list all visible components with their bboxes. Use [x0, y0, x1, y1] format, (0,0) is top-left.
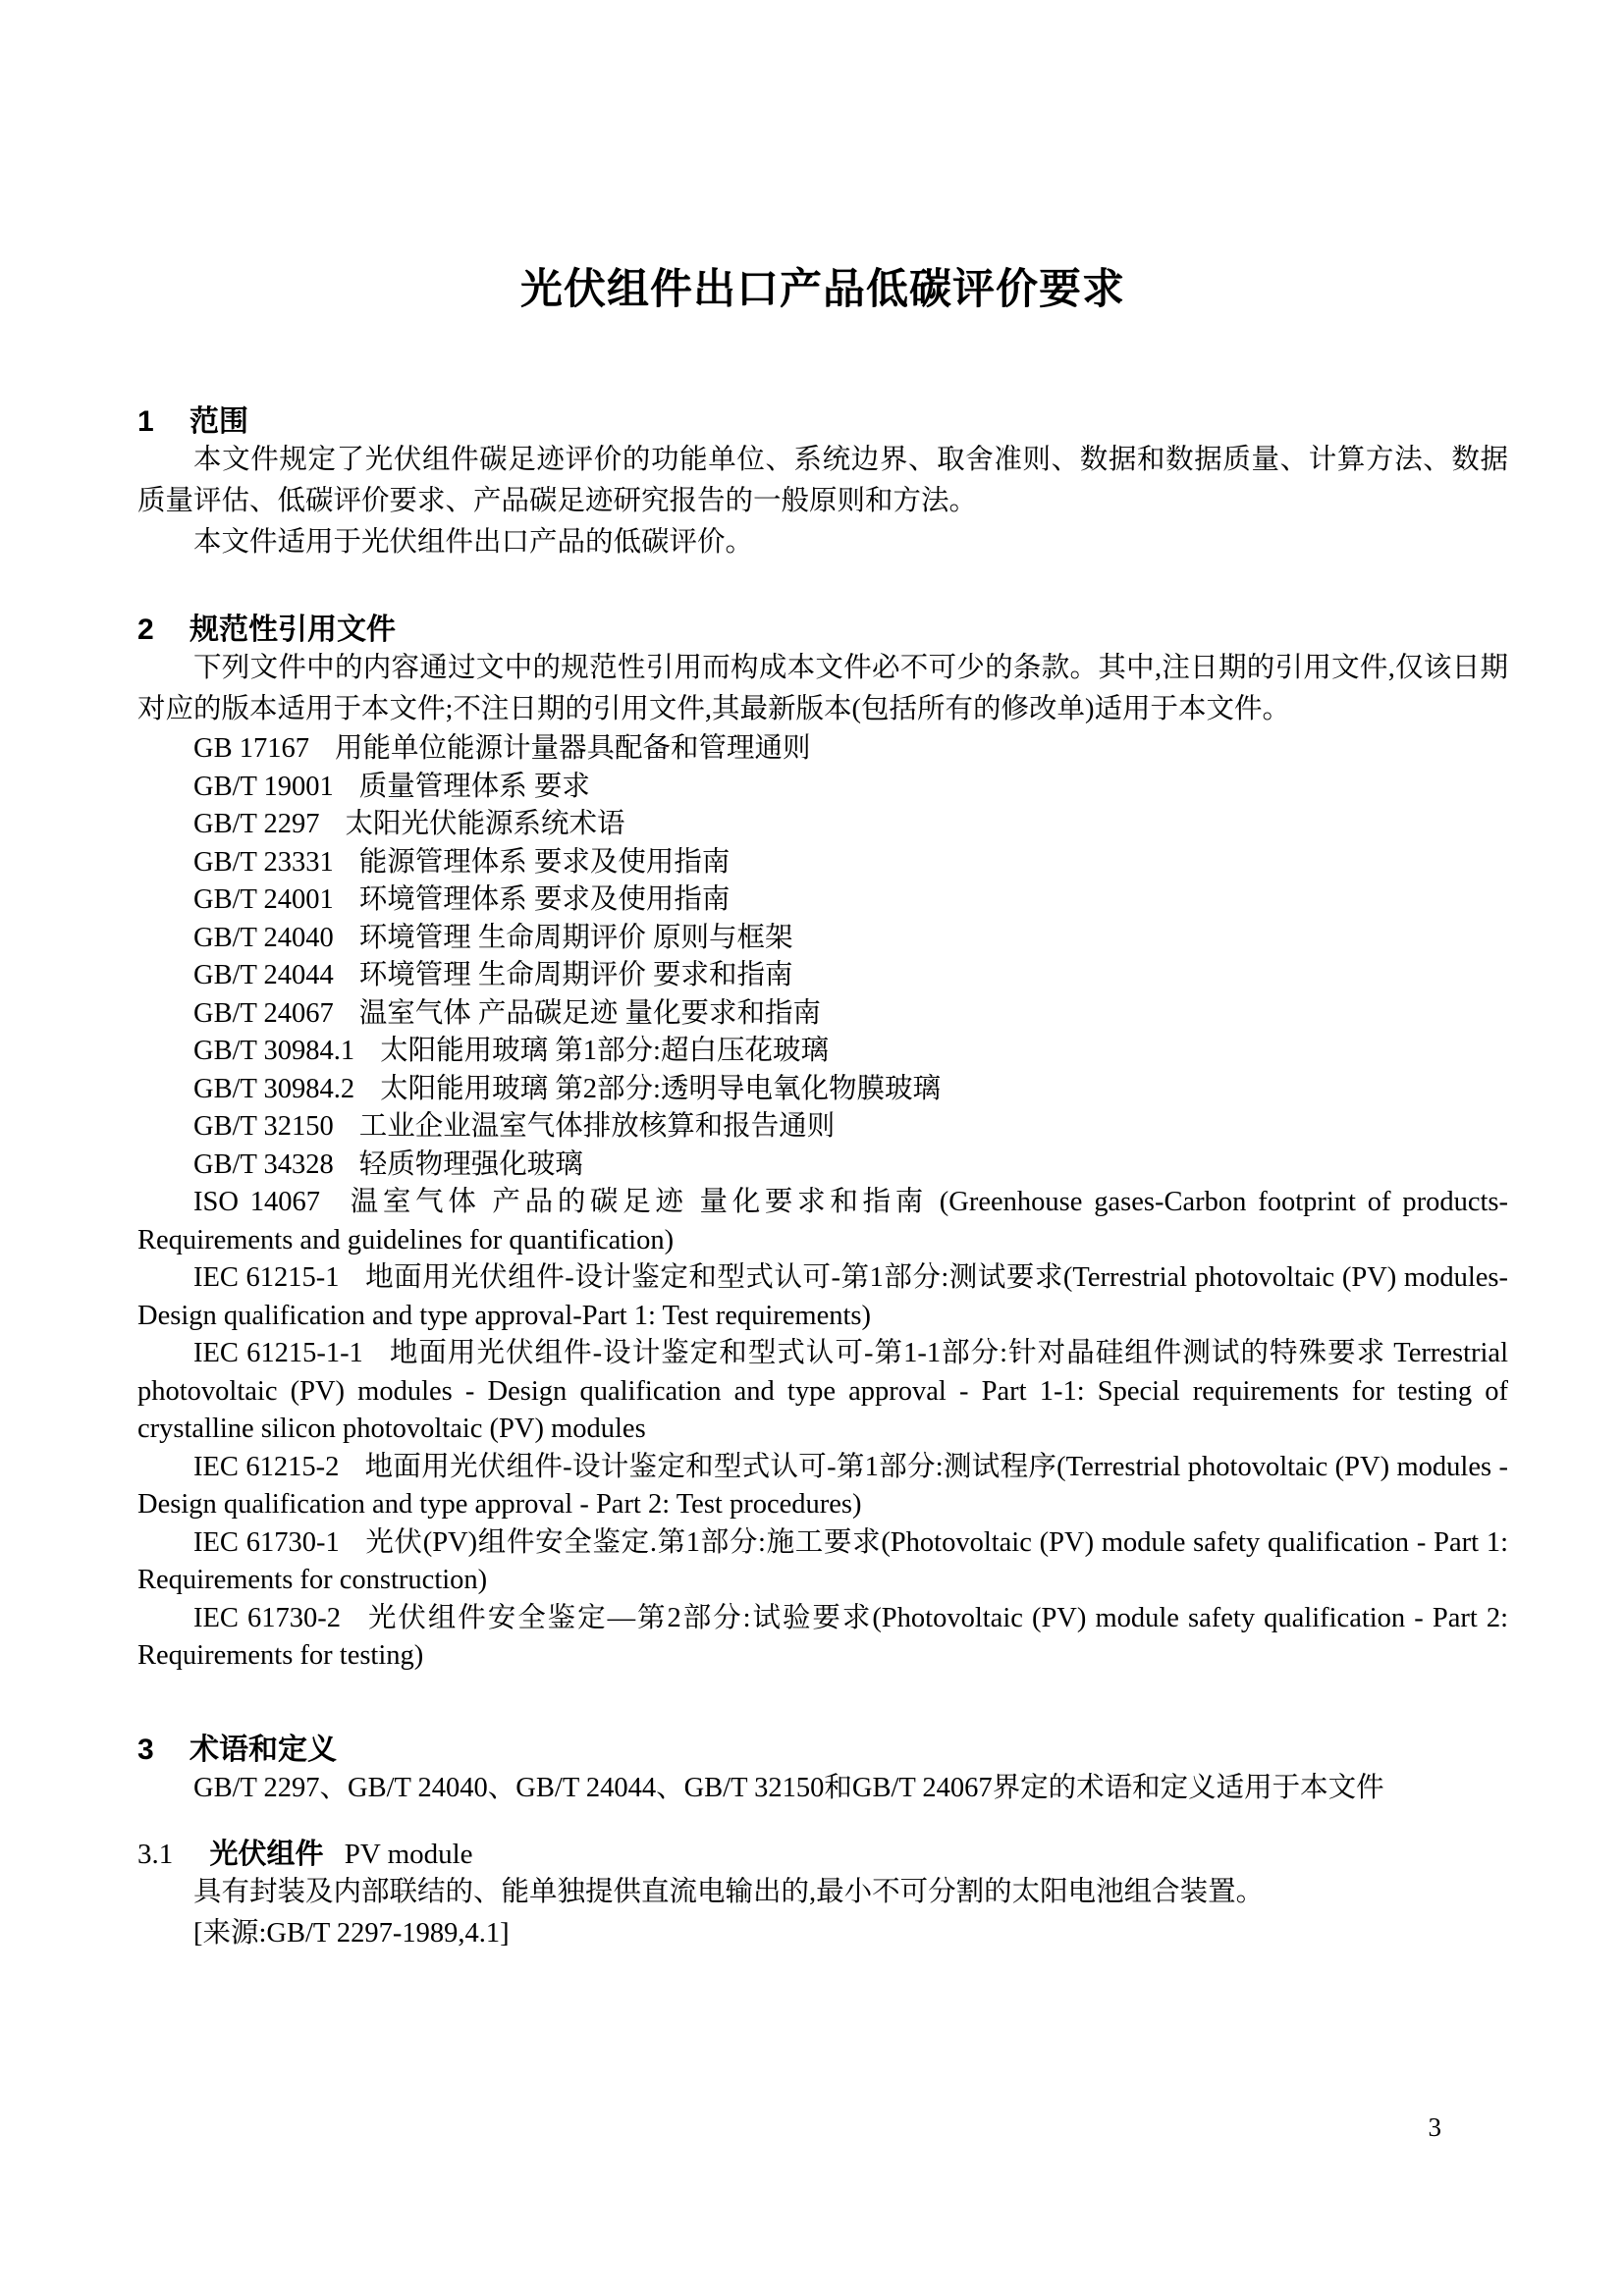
- reference-item: GB/T 34328轻质物理强化玻璃: [137, 1147, 1508, 1185]
- term-3-1-definition: 具有封装及内部联结的、能单独提供直流电输出的,最小不可分割的太阳电池组合装置。: [137, 1872, 1508, 1913]
- reference-item: GB/T 2297太阳光伏能源系统术语: [137, 806, 1508, 844]
- reference-item: GB/T 30984.2太阳能用玻璃 第2部分:透明导电氧化物膜玻璃: [137, 1071, 1508, 1109]
- reference-item: GB/T 24067温室气体 产品碳足迹 量化要求和指南: [137, 995, 1508, 1034]
- section-3-heading: 3 术语和定义: [137, 1733, 1508, 1768]
- reference-item: GB/T 24044环境管理 生命周期评价 要求和指南: [137, 957, 1508, 995]
- document-page: 光伏组件出口产品低碳评价要求 1 范围 本文件规定了光伏组件碳足迹评价的功能单位…: [0, 0, 1624, 2296]
- reference-item: GB/T 32150工业企业温室气体排放核算和报告通则: [137, 1108, 1508, 1147]
- terms-intro: GB/T 2297、GB/T 24040、GB/T 24044、GB/T 321…: [137, 1768, 1508, 1809]
- reference-text: 环境管理 生命周期评价 要求和指南: [359, 960, 793, 990]
- reference-item: IEC 61215-1-1地面用光伏组件-设计鉴定和型式认可-第1-1部分:针对…: [137, 1335, 1508, 1449]
- reference-item: ISO 14067温室气体 产品的碳足迹 量化要求和指南 (Greenhouse…: [137, 1184, 1508, 1259]
- reference-item: GB/T 24001环境管理体系 要求及使用指南: [137, 881, 1508, 920]
- reference-text: 温室气体 产品碳足迹 量化要求和指南: [359, 998, 821, 1029]
- section-2-title: 规范性引用文件: [189, 614, 396, 646]
- document-title: 光伏组件出口产品低碳评价要求: [137, 0, 1508, 316]
- reference-text: 环境管理体系 要求及使用指南: [359, 884, 731, 915]
- reference-code: GB/T 24040: [193, 923, 334, 953]
- reference-code: ISO 14067: [193, 1187, 320, 1217]
- reference-text: 太阳光伏能源系统术语: [346, 809, 625, 839]
- page-number: 3: [1429, 2114, 1442, 2141]
- section-2-heading: 2 规范性引用文件: [137, 613, 1508, 648]
- reference-item: GB/T 19001质量管理体系 要求: [137, 769, 1508, 807]
- reference-code: GB/T 34328: [193, 1149, 334, 1180]
- reference-code: GB/T 30984.2: [193, 1074, 354, 1104]
- reference-item: GB/T 24040环境管理 生命周期评价 原则与框架: [137, 920, 1508, 958]
- term-3-1-heading: 3.1 光伏组件 PV module: [137, 1837, 1508, 1872]
- reference-item: GB/T 23331能源管理体系 要求及使用指南: [137, 844, 1508, 882]
- reference-code: GB/T 19001: [193, 772, 334, 802]
- reference-item: GB/T 30984.1太阳能用玻璃 第1部分:超白压花玻璃: [137, 1033, 1508, 1071]
- scope-paragraph-2: 本文件适用于光伏组件出口产品的低碳评价。: [137, 522, 1508, 563]
- reference-text: 地面用光伏组件-设计鉴定和型式认可-第1部分:测试要求(Terrestrial …: [137, 1262, 1508, 1331]
- reference-text: 温室气体 产品的碳足迹 量化要求和指南 (Greenhouse gases-Ca…: [137, 1187, 1508, 1255]
- reference-text: 环境管理 生命周期评价 原则与框架: [359, 923, 793, 953]
- reference-item: IEC 61730-2光伏组件安全鉴定—第2部分:试验要求(Photovolta…: [137, 1600, 1508, 1676]
- reference-code: IEC 61215-2: [193, 1452, 339, 1482]
- reference-code: GB/T 24067: [193, 998, 334, 1029]
- term-3-1-name-en: PV module: [345, 1839, 473, 1870]
- reference-item: IEC 61215-1地面用光伏组件-设计鉴定和型式认可-第1部分:测试要求(T…: [137, 1259, 1508, 1335]
- reference-code: GB/T 30984.1: [193, 1036, 354, 1066]
- reference-text: 光伏组件安全鉴定—第2部分:试验要求(Photovoltaic (PV) mod…: [137, 1603, 1508, 1672]
- reference-text: 地面用光伏组件-设计鉴定和型式认可-第1部分:测试程序(Terrestrial …: [137, 1452, 1508, 1521]
- normative-references-intro: 下列文件中的内容通过文中的规范性引用而构成本文件必不可少的条款。其中,注日期的引…: [137, 648, 1508, 730]
- reference-code: IEC 61730-2: [193, 1603, 341, 1633]
- reference-code: IEC 61730-1: [193, 1527, 340, 1558]
- reference-code: GB/T 23331: [193, 847, 334, 878]
- reference-text: 用能单位能源计量器具配备和管理通则: [335, 733, 811, 764]
- reference-code: GB 17167: [193, 733, 309, 764]
- term-3-1-number: 3.1: [137, 1839, 173, 1870]
- section-1-title: 范围: [189, 405, 248, 438]
- term-3-1-name-zh: 光伏组件: [210, 1839, 324, 1870]
- reference-code: GB/T 24044: [193, 960, 334, 990]
- reference-code: GB/T 32150: [193, 1111, 334, 1142]
- reference-code: GB/T 2297: [193, 809, 320, 839]
- reference-code: GB/T 24001: [193, 884, 334, 915]
- reference-item: IEC 61215-2地面用光伏组件-设计鉴定和型式认可-第1部分:测试程序(T…: [137, 1449, 1508, 1524]
- reference-text: 质量管理体系 要求: [359, 772, 590, 802]
- reference-text: 太阳能用玻璃 第2部分:透明导电氧化物膜玻璃: [380, 1074, 941, 1104]
- reference-text: 轻质物理强化玻璃: [359, 1149, 583, 1180]
- term-3-1-source: [来源:GB/T 2297-1989,4.1]: [137, 1913, 1508, 1954]
- section-1-number: 1: [137, 404, 154, 440]
- reference-text: 光伏(PV)组件安全鉴定.第1部分:施工要求(Photovoltaic (PV)…: [137, 1527, 1508, 1596]
- section-2-number: 2: [137, 613, 154, 648]
- section-3-title: 术语和定义: [189, 1734, 337, 1766]
- section-1-heading: 1 范围: [137, 404, 1508, 440]
- reference-code: IEC 61215-1-1: [193, 1338, 363, 1368]
- reference-text: 太阳能用玻璃 第1部分:超白压花玻璃: [380, 1036, 829, 1066]
- section-3-number: 3: [137, 1733, 154, 1768]
- reference-item: GB 17167用能单位能源计量器具配备和管理通则: [137, 730, 1508, 769]
- reference-item: IEC 61730-1光伏(PV)组件安全鉴定.第1部分:施工要求(Photov…: [137, 1524, 1508, 1600]
- reference-code: IEC 61215-1: [193, 1262, 340, 1293]
- reference-text: 能源管理体系 要求及使用指南: [359, 847, 731, 878]
- reference-text: 工业企业温室气体排放核算和报告通则: [359, 1111, 836, 1142]
- document-content: 光伏组件出口产品低碳评价要求 1 范围 本文件规定了光伏组件碳足迹评价的功能单位…: [0, 0, 1624, 1954]
- scope-paragraph-1: 本文件规定了光伏组件碳足迹评价的功能单位、系统边界、取舍准则、数据和数据质量、计…: [137, 440, 1508, 522]
- references-list: GB 17167用能单位能源计量器具配备和管理通则GB/T 19001质量管理体…: [137, 730, 1508, 1676]
